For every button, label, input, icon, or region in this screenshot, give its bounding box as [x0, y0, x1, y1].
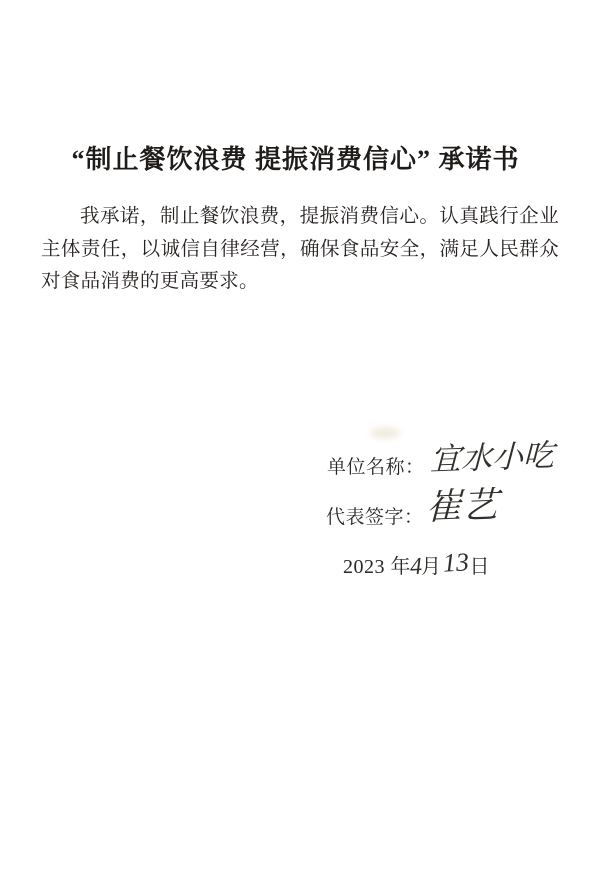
scan-smudge: [370, 427, 400, 439]
date-year: 2023 年: [343, 556, 411, 578]
signer-signature-handwritten: 崔艺: [425, 487, 498, 526]
date-day-unit: 日: [470, 556, 491, 578]
org-name-line: 单位名称：宜水小吃: [327, 440, 554, 471]
pledge-paragraph: 我承诺，制止餐饮浪费，提振消费信心。认真践行企业主体责任，以诚信自律经营，确保食…: [41, 201, 559, 299]
org-name-handwritten: 宜水小吃: [429, 440, 553, 475]
document-title: “制止餐饮浪费 提振消费信心” 承诺书: [0, 139, 591, 176]
document-page: “制止餐饮浪费 提振消费信心” 承诺书 我承诺，制止餐饮浪费，提振消费信心。认真…: [0, 0, 591, 886]
date-month-handwritten: 4: [409, 555, 422, 580]
signer-line: 代表签字：崔艺: [326, 487, 498, 523]
org-name-label: 单位名称：: [327, 452, 425, 479]
date-line: 2023 年4月13日: [343, 550, 490, 579]
date-day-handwritten: 13: [442, 549, 469, 576]
signer-label: 代表签字：: [326, 502, 424, 529]
date-month-unit: 月: [421, 556, 442, 578]
